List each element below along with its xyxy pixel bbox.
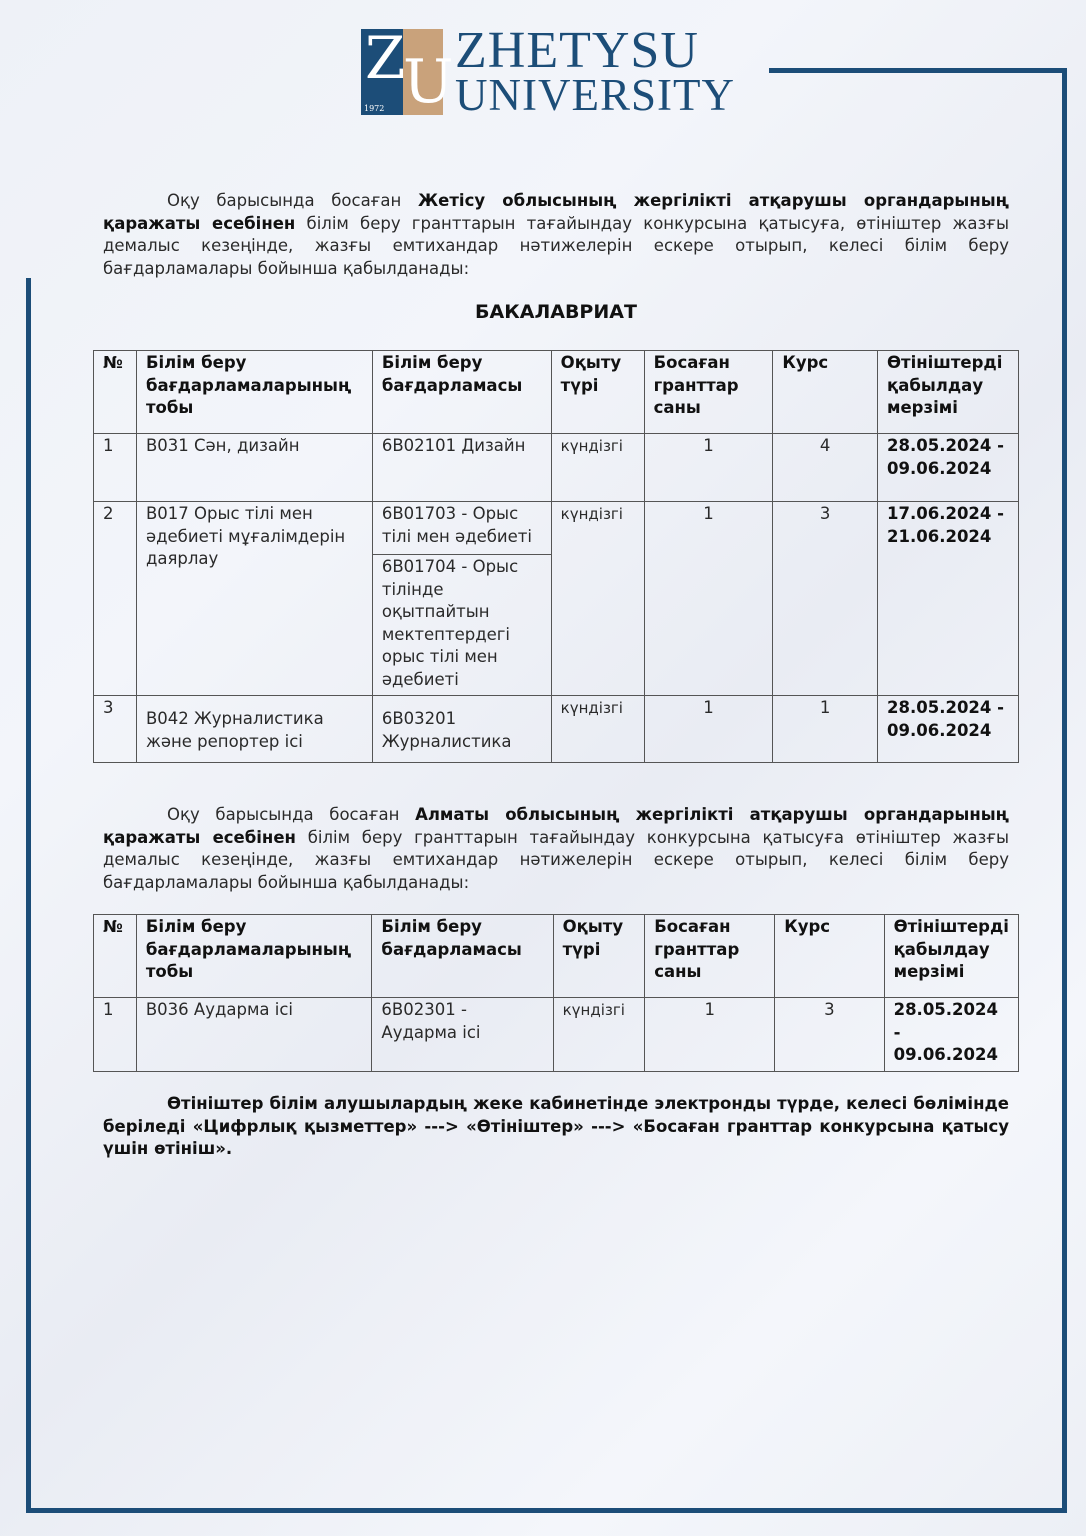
cell-group: B031 Сән, дизайн	[136, 434, 372, 502]
logo-z-block: Z 1972	[361, 29, 403, 115]
logo-u-block: U	[403, 29, 443, 115]
table-row: 1 B031 Сән, дизайн 6B02101 Дизайн күндіз…	[94, 434, 1019, 502]
cell-grants: 1	[645, 998, 775, 1072]
cell-form: күндізгі	[553, 998, 645, 1072]
cell-form: күндізгі	[551, 696, 644, 763]
table-row: 3 B042 Журналистика және репортер ісі 6B…	[94, 696, 1019, 763]
col-header-group: Білім беру бағдарламаларының тобы	[136, 351, 372, 434]
intro-paragraph-almaty: Оқу барысында босаған Алматы облысының ж…	[103, 804, 1009, 894]
logo-mark: Z 1972 U	[361, 29, 443, 115]
logo-year: 1972	[364, 104, 384, 113]
cell-grants: 1	[644, 696, 773, 763]
cell-period: 17.06.2024 - 21.06.2024	[878, 502, 1019, 696]
cell-course: 4	[773, 434, 878, 502]
col-header-grants: Босаған гранттар саны	[645, 915, 775, 998]
cell-program: 6B02101 Дизайн	[372, 434, 551, 502]
university-logo: Z 1972 U ZHETYSU UNIVERSITY	[361, 29, 735, 115]
table-header-row: № Білім беру бағдарламаларының тобы Білі…	[94, 915, 1019, 998]
cell-group: B017 Орыс тілі мен әдебиеті мұғалімдерін…	[136, 502, 372, 696]
cell-course: 3	[773, 502, 878, 696]
cell-program: 6B01703 - Орыс тілі мен әдебиеті	[372, 502, 551, 555]
table-header-row: № Білім беру бағдарламаларының тобы Білі…	[94, 351, 1019, 434]
cell-num: 1	[94, 998, 137, 1072]
instructions-text: Өтініштер білім алушылардың жеке кабинет…	[103, 1094, 1009, 1158]
cell-period: 28.05.2024 - 09.06.2024	[884, 998, 1018, 1072]
frame-right-line	[1062, 68, 1067, 1513]
cell-num: 2	[94, 502, 137, 696]
cell-grants: 1	[644, 434, 773, 502]
col-header-period: Өтініштерді қабылдау мерзімі	[878, 351, 1019, 434]
table-bachelor-almaty: № Білім беру бағдарламаларының тобы Білі…	[93, 914, 1019, 1072]
frame-top-line	[769, 68, 1067, 73]
col-header-course: Курс	[775, 915, 884, 998]
table-row: 2 B017 Орыс тілі мен әдебиеті мұғалімдер…	[94, 502, 1019, 555]
col-header-course: Курс	[773, 351, 878, 434]
logo-u-letter: U	[403, 51, 454, 113]
cell-program: 6B01704 - Орыс тілінде оқытпайтын мектеп…	[372, 555, 551, 696]
cell-form: күндізгі	[551, 502, 644, 696]
cell-group: B036 Аударма ісі	[136, 998, 372, 1072]
col-header-form: Оқыту түрі	[553, 915, 645, 998]
col-header-num: №	[94, 915, 137, 998]
cell-period: 28.05.2024 - 09.06.2024	[878, 696, 1019, 763]
intro-paragraph-zhetysu: Оқу барысында босаған Жетісу облысының ж…	[103, 190, 1009, 280]
col-header-program: Білім беру бағдарламасы	[372, 351, 551, 434]
col-header-period: Өтініштерді қабылдау мерзімі	[884, 915, 1018, 998]
logo-line2: UNIVERSITY	[455, 74, 735, 116]
frame-left-line	[26, 278, 31, 1513]
application-instructions: Өтініштер білім алушылардың жеке кабинет…	[103, 1093, 1009, 1161]
cell-program: 6B02301 - Аударма ісі	[372, 998, 553, 1072]
cell-period: 28.05.2024 - 09.06.2024	[878, 434, 1019, 502]
cell-num: 3	[94, 696, 137, 763]
cell-course: 3	[775, 998, 884, 1072]
cell-form: күндізгі	[551, 434, 644, 502]
section-heading: БАКАЛАВРИАТ	[0, 301, 1086, 323]
cell-course: 1	[773, 696, 878, 763]
frame-bottom-line	[26, 1508, 1067, 1513]
cell-num: 1	[94, 434, 137, 502]
table-row: 1 B036 Аударма ісі 6B02301 - Аударма ісі…	[94, 998, 1019, 1072]
col-header-grants: Босаған гранттар саны	[644, 351, 773, 434]
table-bachelor-zhetysu: № Білім беру бағдарламаларының тобы Білі…	[93, 350, 1019, 763]
col-header-form: Оқыту түрі	[551, 351, 644, 434]
col-header-program: Білім беру бағдарламасы	[372, 915, 553, 998]
cell-grants: 1	[644, 502, 773, 696]
para1-lead: Оқу барысында босаған	[167, 191, 418, 210]
cell-group: B042 Журналистика және репортер ісі	[136, 696, 372, 763]
logo-line1: ZHETYSU	[455, 28, 735, 74]
col-header-num: №	[94, 351, 137, 434]
logo-z-letter: Z	[365, 27, 405, 89]
para2-lead: Оқу барысында босаған	[167, 805, 415, 824]
col-header-group: Білім беру бағдарламаларының тобы	[136, 915, 372, 998]
logo-wordmark: ZHETYSU UNIVERSITY	[455, 29, 735, 115]
cell-program: 6B03201 Журналистика	[372, 696, 551, 763]
